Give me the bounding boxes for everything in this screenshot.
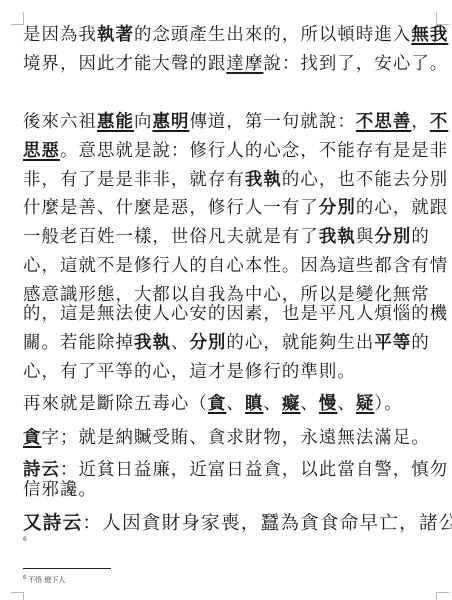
text-line: 境界，因此才能大聲的跟達摩說：找到了，安心了。 xyxy=(23,52,435,76)
text-run: 的 xyxy=(411,333,430,353)
text-run: 說：找到了，安心了。 xyxy=(263,54,448,74)
text-run: ）。 xyxy=(374,394,402,414)
text-line: 是因為我執著的念頭產生出來的，所以頓時進入無我 xyxy=(23,23,435,47)
text-run: 向 xyxy=(134,112,153,132)
text-run: 的心，就能夠生出 xyxy=(226,333,374,353)
text-line: 什麼是善、什麼是惡，修行人一有了分別的心，就跟 xyxy=(23,196,435,220)
emphasized-text: 平等 xyxy=(374,333,411,353)
emphasized-text: 癡 xyxy=(282,394,301,414)
text-run: 心，有了平等的心，這才是修行的準則。 xyxy=(23,362,356,382)
footnote: 6不悟 燈下人 xyxy=(23,575,65,585)
text-run: 、 xyxy=(171,333,190,353)
emphasized-text: 不思善 xyxy=(356,112,411,132)
text-run: 再來就是斷除五毒心（ xyxy=(23,394,208,414)
document-page: 是因為我執著的念頭產生出來的，所以頓時進入無我境界，因此才能大聲的跟達摩說：找到… xyxy=(0,0,452,600)
text-run: 境界，因此才能大聲的跟 xyxy=(23,54,226,74)
emphasized-text: 分別 xyxy=(374,227,411,247)
footnote-separator xyxy=(23,568,111,569)
emphasized-text: 我執 xyxy=(319,227,356,247)
text-line: 心，這就不是修行人的自心本性。因為這些都含有情 xyxy=(23,254,435,278)
text-run: 心，這就不是修行人的自心本性。因為這些都含有情 xyxy=(23,256,448,276)
emphasized-text: 慢 xyxy=(319,394,338,414)
emphasized-text: 我執 xyxy=(134,333,171,353)
emphasized-text: 惠能 xyxy=(97,112,134,132)
emphasized-text: 疑 xyxy=(356,394,375,414)
text-run: ：近貧日益廉，近富日益貪，以此當自警，慎勿 xyxy=(60,460,448,480)
text-run: ：人因貪財身家喪，蠶為貪食命早亡，諸公攜 xyxy=(82,513,452,534)
text-run: 與 xyxy=(356,227,375,247)
text-run: 的，這是無法使人心安的因素，也是平凡人煩惱的機 xyxy=(23,304,448,324)
emphasized-text: 貪 xyxy=(23,428,42,448)
emphasized-text: 貪 xyxy=(208,394,227,414)
footnote-number: 6 xyxy=(23,575,26,581)
text-run: 、 xyxy=(263,394,282,414)
text-run: 關。若能除掉 xyxy=(23,333,134,353)
emphasized-text: 瞋 xyxy=(245,394,264,414)
emphasized-text: 執著 xyxy=(97,25,134,45)
emphasized-text: 達摩 xyxy=(226,54,263,74)
emphasized-text: 又詩云 xyxy=(23,513,82,534)
text-run: 的 xyxy=(411,227,430,247)
emphasized-text: 詩云 xyxy=(23,460,60,480)
text-line: 信邪讒。 xyxy=(23,478,435,502)
text-line: 心，有了平等的心，這才是修行的準則。 xyxy=(23,360,435,384)
text-run: ， xyxy=(411,112,430,132)
emphasized-text: 分別 xyxy=(189,333,226,353)
text-line: 思惡。意思就是說：修行人的心念，不能存有是是非 xyxy=(23,139,435,163)
text-run: 後來六祖 xyxy=(23,112,97,132)
text-line: 非，有了是是非非，就存有我執的心，也不能去分別 xyxy=(23,168,435,192)
text-run: 什麼是善、什麼是惡，修行人一有了 xyxy=(23,198,319,218)
text-line: 一般老百姓一樣，世俗凡夫就是有了我執與分別的 xyxy=(23,225,435,249)
text-run: 的心，就跟 xyxy=(356,198,448,218)
text-run: 一般老百姓一樣，世俗凡夫就是有了 xyxy=(23,227,319,247)
emphasized-text: 分別 xyxy=(319,198,356,218)
text-run: 、 xyxy=(300,394,319,414)
text-line: 的，這是無法使人心安的因素，也是平凡人煩惱的機 xyxy=(23,302,435,326)
crop-mark-bottom-left xyxy=(11,592,24,600)
text-run: 是因為我 xyxy=(23,25,97,45)
text-run: 的念頭產生出來的，所以頓時進入 xyxy=(134,25,411,45)
emphasized-text: 無我 xyxy=(411,25,448,45)
text-run: 字；就是納贓受賄、貪求財物，永遠無法滿足。 xyxy=(42,428,430,448)
emphasized-text: 不 xyxy=(430,112,449,132)
text-run: 傳道，第一句就說： xyxy=(189,112,355,132)
crop-mark-top-right xyxy=(436,12,449,25)
emphasized-text: 惠明 xyxy=(152,112,189,132)
text-run: 非，有了是是非非，就存有 xyxy=(23,170,245,190)
text-run: 。意思就是說：修行人的心念，不能存有是是非 xyxy=(60,141,448,161)
crop-mark-bottom-right xyxy=(436,592,449,600)
text-line: 後來六祖惠能向惠明傳道，第一句就說：不思善，不 xyxy=(23,110,435,134)
text-line: 貪字；就是納贓受賄、貪求財物，永遠無法滿足。 xyxy=(23,426,435,450)
text-run: 、 xyxy=(337,394,356,414)
emphasized-text: 思惡 xyxy=(23,141,60,161)
emphasized-text: 我執 xyxy=(245,170,282,190)
text-run: 信邪讒。 xyxy=(23,480,97,500)
text-run: 、 xyxy=(226,394,245,414)
text-run: 的心，也不能去分別 xyxy=(282,170,448,190)
text-line: 又詩云：人因貪財身家喪，蠶為貪食命早亡，諸公攜 xyxy=(23,512,435,536)
footnote-text: 不悟 燈下人 xyxy=(28,576,65,584)
text-line: 關。若能除掉我執、分別的心，就能夠生出平等的 xyxy=(23,331,435,355)
footnote-reference: 6 xyxy=(23,536,27,543)
text-line: 再來就是斷除五毒心（貪、瞋、癡、慢、疑）。 xyxy=(23,392,435,416)
